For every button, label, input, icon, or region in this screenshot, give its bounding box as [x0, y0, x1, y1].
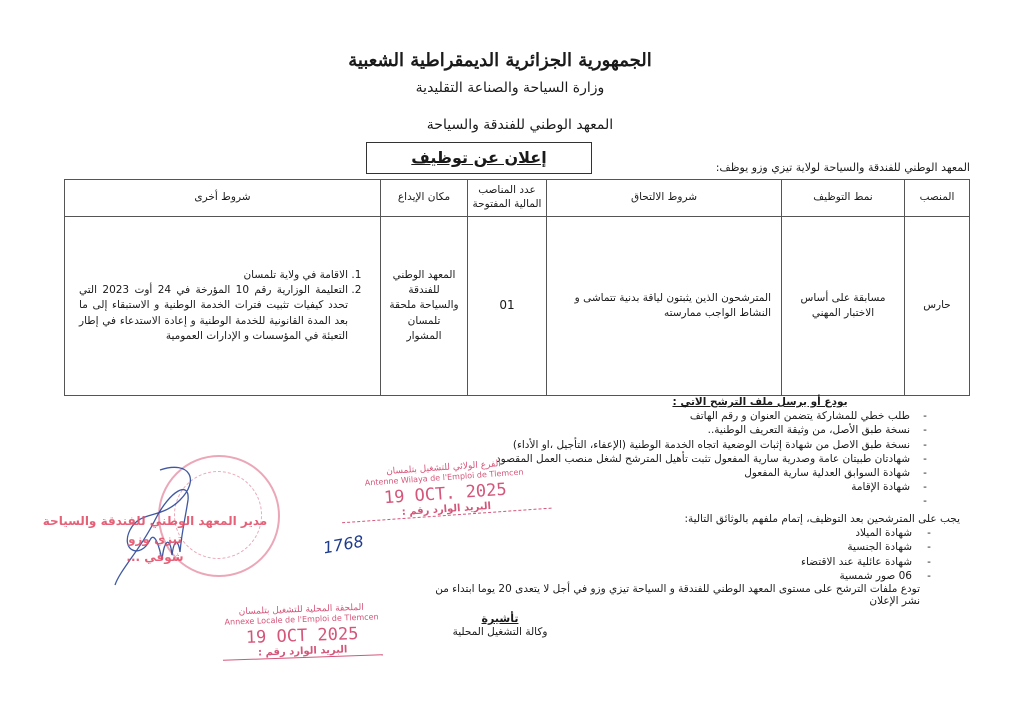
director-city: تيزي وزو	[30, 530, 280, 548]
list-item: شهادة عائلية عند الاقتضاء	[560, 555, 960, 569]
list-item: شهادتان طبيتان عامة وصدرية سارية المفعول…	[540, 452, 940, 466]
list-item: طلب خطي للمشاركة يتضمن العنوان و رقم اله…	[540, 409, 940, 423]
header-other-conditions: شروط أخرى	[65, 180, 381, 217]
handwritten-mail-number: 1768	[322, 532, 365, 558]
cell-conditions: المترشحون الذين يثبتون لياقة بدنية تتماش…	[547, 217, 782, 396]
cell-position: حارس	[905, 217, 970, 396]
table-header-row: المنصب نمط التوظيف شروط الالتحاق عدد الم…	[65, 180, 970, 217]
application-file-list: طلب خطي للمشاركة يتضمن العنوان و رقم اله…	[540, 409, 940, 508]
copy-recipient: وكالة التشغيل المحلية	[440, 626, 560, 638]
list-item: نسخة طبق الاصل من شهادة إثبات الوضعية ات…	[540, 438, 940, 452]
cell-positions-count: 01	[468, 217, 547, 396]
director-signature-block: مدير المعهد الوطني للفندقة والسياحة تيزي…	[30, 512, 280, 566]
other-condition-item: الاقامة في ولاية تلمسان	[79, 268, 348, 283]
header-positions-count: عدد المناصب المالية المفتوحة	[468, 180, 547, 217]
cell-recruitment-mode: مسابقة على أساس الاختبار المهني	[782, 217, 905, 396]
application-file-title: يودع أو يرسل ملف الترشح الاتي :	[540, 395, 940, 409]
other-condition-item: التعليمة الوزارية رقم 10 المؤرخة في 24 أ…	[79, 283, 348, 344]
cell-other-conditions: الاقامة في ولاية تلمسان التعليمة الوزاري…	[65, 217, 381, 396]
announcement-title: إعلان عن توظيف	[411, 148, 546, 167]
cell-deposit-place: المعهد الوطني للفندقة والسياحة ملحقة تلم…	[381, 217, 468, 396]
intro-line: المعهد الوطني للفندقة والسياحة لولاية تي…	[560, 161, 970, 174]
list-item: شهادة الجنسية	[560, 540, 960, 554]
header-conditions: شروط الالتحاق	[547, 180, 782, 217]
ministry-heading: وزارة السياحة والصناعة التقليدية	[380, 80, 640, 96]
application-file-section: يودع أو يرسل ملف الترشح الاتي : طلب خطي …	[540, 395, 940, 509]
list-item	[540, 494, 940, 508]
list-item: شهادة الإقامة	[540, 480, 940, 494]
list-item: شهادة الميلاد	[560, 526, 960, 540]
copy-label: تأشيرة	[460, 612, 540, 625]
deposit-note: تودع ملفات الترشح على مستوى المعهد الوطن…	[420, 583, 920, 607]
list-item: نسخة طبق الأصل، من وثيقة التعريف الوطنية…	[540, 423, 940, 437]
local-employment-stamp: الملحقة المحلية للتشغيل بتلمسان Annexe L…	[221, 602, 383, 661]
table-row: حارس مسابقة على أساس الاختبار المهني الم…	[65, 217, 970, 396]
director-name: شوقي ...	[30, 548, 280, 566]
list-item: شهادة السوابق العدلية سارية المفعول	[540, 466, 940, 480]
institute-heading: المعهد الوطني للفندقة والسياحة	[380, 117, 660, 133]
list-item: 06 صور شمسية	[560, 569, 960, 583]
wilaya-employment-stamp: الفرع الولائي للتشغيل بتلمسان Antenne Wi…	[338, 456, 551, 524]
header-position: المنصب	[905, 180, 970, 217]
header-deposit-place: مكان الإيداع	[381, 180, 468, 217]
after-recruitment-list: شهادة الميلاد شهادة الجنسية شهادة عائلية…	[560, 526, 960, 583]
positions-table: المنصب نمط التوظيف شروط الالتحاق عدد الم…	[64, 179, 970, 396]
header-recruitment-mode: نمط التوظيف	[782, 180, 905, 217]
announcement-title-box: إعلان عن توظيف	[366, 142, 592, 174]
director-title: مدير المعهد الوطني للفندقة والسياحة	[30, 512, 280, 530]
after-recruitment-section: يجب على المترشحين بعد التوظيف، إتمام ملف…	[560, 512, 960, 583]
after-recruitment-title: يجب على المترشحين بعد التوظيف، إتمام ملف…	[560, 512, 960, 526]
republic-heading: الجمهورية الجزائرية الديمقراطية الشعبية	[300, 50, 700, 71]
